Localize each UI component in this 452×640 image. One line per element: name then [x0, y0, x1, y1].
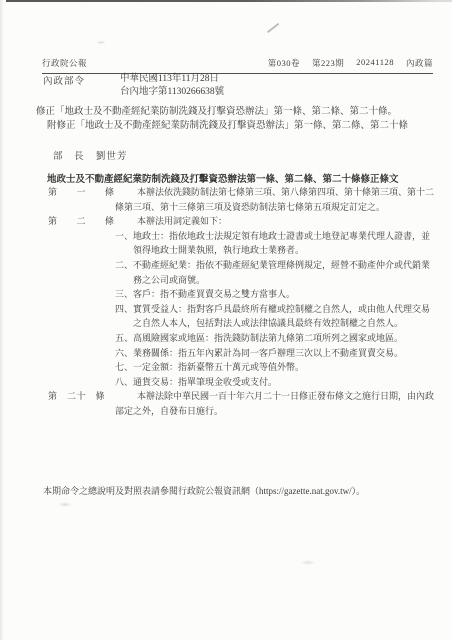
- document-title: 地政士及不動產經紀業防制洗錢及打擊資恐辦法第一條、第二條、第二十條修正條文: [47, 171, 437, 185]
- scan-edge-line: [6, 0, 452, 2]
- definition-item-8: 八、通貨交易：指單筆現金收受或支付。: [115, 375, 437, 390]
- definition-item-3: 三、客戶：指不動產買賣交易之雙方當事人。: [115, 287, 437, 302]
- definition-item-1: 一、地政士：指依地政士法規定領有地政士證書或土地登記專業代理人證書，並領得地政士…: [115, 229, 437, 258]
- article-2-items: 一、地政士：指依地政士法規定領有地政士證書或土地登記專業代理人證書，並領得地政士…: [115, 229, 437, 390]
- order-ref-number: 台內地字第1130266638號: [120, 86, 224, 99]
- footer-reference-note: 本期命令之總說明及對照表請參閱行政院公報資訊網（https://gazette.…: [43, 485, 433, 499]
- amendment-attachment-line: 附修正「地政士及不動產經紀業防制洗錢及打擊資恐辦法」第一條、第二條、第二十條: [47, 120, 433, 134]
- gazette-title: 行政院公報: [42, 57, 87, 69]
- articles-body: 第 一 條 本辦法依洗錢防制法第七條第三項、第八條第四項、第十條第三項、第十二條…: [0, 185, 452, 419]
- definition-item-7: 七、一定金額：指新臺幣五十萬元或等值外幣。: [115, 360, 437, 375]
- definition-item-5: 五、高風險國家或地區：指洗錢防制法第九條第二項所列之國家或地區。: [115, 331, 437, 346]
- gazette-date-code: 20241128: [356, 57, 394, 69]
- order-date-block: 中華民國113年11月28日 台內地字第1130266638號: [120, 73, 224, 99]
- gazette-issue: 第223期: [312, 57, 344, 69]
- order-date: 中華民國113年11月28日: [120, 73, 224, 86]
- gazette-volume: 第030卷: [268, 57, 300, 69]
- minister-signature: 部 長 劉世芳: [53, 148, 127, 162]
- article-2-label: 第 二 條: [48, 214, 115, 229]
- minister-title: 部 長: [53, 152, 85, 162]
- amendment-line: 修正「地政士及不動產經紀業防制洗錢及打擊資恐辦法」第一條、第二條、第二十條。: [36, 106, 433, 120]
- scanned-gazette-page: 行政院公報 第030卷 第223期 20241128 內政篇 內政部令 中華民國…: [0, 0, 452, 640]
- minister-name: 劉世芳: [96, 152, 128, 162]
- definition-item-2: 二、不動產經紀業：指依不動產經紀業管理條例規定，經營不動產仲介或代銷業務之公司或…: [115, 258, 437, 287]
- article-1-text: 本辦法依洗錢防制法第七條第三項、第八條第四項、第十條第三項、第十二條第三項、第十…: [115, 185, 437, 214]
- amendment-summary: 修正「地政士及不動產經紀業防制洗錢及打擊資恐辦法」第一條、第二條、第二十條。 附…: [36, 106, 433, 133]
- gazette-section: 內政篇: [406, 57, 433, 69]
- article-2-text: 本辦法用詞定義如下：: [115, 214, 437, 229]
- scan-smudge: [267, 23, 279, 33]
- masthead: 行政院公報 第030卷 第223期 20241128 內政篇: [42, 57, 433, 74]
- order-heading: 內政部令 中華民國113年11月28日 台內地字第1130266638號: [43, 73, 224, 99]
- definition-item-4: 四、實質受益人：指對客戶具最終所有權或控制權之自然人，或由他人代理交易之自然人本…: [115, 302, 437, 331]
- article-1-label: 第 一 條: [48, 185, 115, 200]
- masthead-issue-info: 第030卷 第223期 20241128 內政篇: [268, 57, 433, 69]
- scan-smudge: [300, 560, 316, 565]
- scan-smudge: [96, 41, 106, 44]
- article-20: 第 二十 條 本辦法除中華民國一百十年六月二十一日修正發布條文之施行日期，由內政…: [115, 389, 437, 418]
- article-20-text: 本辦法除中華民國一百十年六月二十一日修正發布條文之施行日期，由內政部定之外，自發…: [115, 389, 437, 418]
- article-2: 第 二 條 本辦法用詞定義如下： 一、地政士：指依地政士法規定領有地政士證書或土…: [115, 214, 437, 389]
- definition-item-6: 六、業務關係：指五年內累計為同一客戶辦理三次以上不動產買賣交易。: [115, 346, 437, 361]
- scan-smudge: [58, 502, 72, 507]
- issuing-agency: 內政部令: [43, 73, 85, 87]
- article-20-label: 第 二十 條: [48, 389, 105, 404]
- article-1: 第 一 條 本辦法依洗錢防制法第七條第三項、第八條第四項、第十條第三項、第十二條…: [115, 185, 437, 214]
